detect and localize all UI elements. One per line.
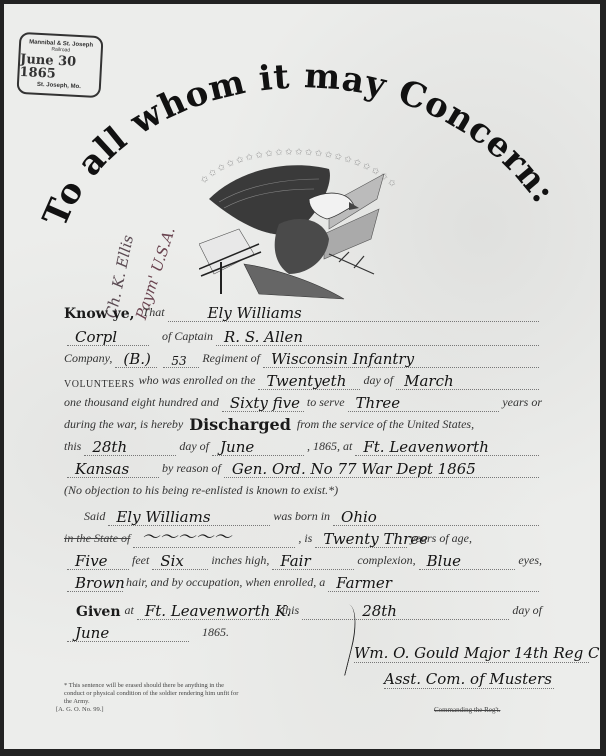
given-at-label: at xyxy=(125,603,134,620)
to-serve-label: to serve xyxy=(307,395,345,412)
volunteers-label: VOLUNTEERS xyxy=(64,379,135,390)
given-month-field: June xyxy=(67,626,189,642)
eagle-engraving-icon: ✩ ✩ ✩ ✩ ✩ ✩ ✩ ✩ ✩ ✩ ✩ ✩ ✩ ✩ ✩ ✩ ✩ ✩ ✩ ✩ … xyxy=(199,144,399,304)
complexion-field: Fair xyxy=(272,554,354,570)
no-objection-text: (No objection to his being re-enlisted i… xyxy=(64,483,338,500)
reason-field: Gen. Ord. No 77 War Dept 1865 xyxy=(224,462,539,478)
said-name-field: Ely Williams xyxy=(108,510,270,526)
complexion-label: complexion, xyxy=(357,553,415,570)
given-day-of-label: day of xyxy=(512,603,542,620)
discharge-day-of-label: day of xyxy=(179,439,209,456)
footnote: * This sentence will be erased should th… xyxy=(64,682,244,706)
discharge-state-field: Kansas xyxy=(67,462,159,478)
is-label: , is xyxy=(298,531,312,548)
soldier-name-field: Ely Williams xyxy=(168,306,539,322)
eyes-field: Blue xyxy=(419,554,516,570)
line-born: Said Ely Williams was born in Ohio xyxy=(64,504,542,526)
discharge-place-field: Ft. Leavenworth xyxy=(355,440,539,456)
given-day-field: 28th xyxy=(302,604,509,620)
regiment-field: Wisconsin Infantry xyxy=(263,352,539,368)
enrolled-day-field: Twentyeth xyxy=(258,374,360,390)
given-year-label: 1865. xyxy=(202,625,229,642)
year-label: one thousand eight hundred and xyxy=(64,395,219,412)
this-label: this xyxy=(64,439,81,456)
discharge-month-field: June xyxy=(212,440,304,456)
given-this-label: this xyxy=(282,603,299,620)
years-of-age-label: years of age, xyxy=(410,531,472,548)
inches-high-label: inches high, xyxy=(211,553,269,570)
state-field-struck: 〜〜〜〜〜 xyxy=(133,529,295,548)
enrolled-month-field: March xyxy=(396,374,539,390)
height-feet-field: Five xyxy=(67,554,129,570)
line-age: in the State of 〜〜〜〜〜 , is Twenty Three … xyxy=(64,526,542,548)
line-know-ye: Know ye, That Ely Williams xyxy=(64,300,542,322)
company-field: (B.) xyxy=(115,352,157,368)
age-field: Twenty Three xyxy=(315,532,407,548)
line-given: Given at Ft. Leavenworth K. this 28th da… xyxy=(64,598,542,620)
line-enrolled: VOLUNTEERS who was enrolled on the Twent… xyxy=(64,368,542,390)
from-service-label: from the service of the United States, xyxy=(297,417,474,434)
rank-field: Corpl xyxy=(67,330,149,346)
discharged-label: Discharged xyxy=(189,415,291,434)
discharge-year-label: , 1865 xyxy=(307,439,337,456)
eyes-label: eyes, xyxy=(518,553,542,570)
in-the-state-label: in the State of xyxy=(64,531,130,548)
hair-field: Brown xyxy=(67,576,123,592)
enrolled-year-field: Sixty five xyxy=(222,396,304,412)
line-given-month: June 1865. xyxy=(64,620,304,642)
officer-title: Asst. Com. of Musters xyxy=(384,670,554,689)
line-enrolled-year: one thousand eight hundred and Sixty fiv… xyxy=(64,390,542,412)
born-in-label: was born in xyxy=(273,509,330,526)
line-occupation: Brown hair, and by occupation, when enro… xyxy=(64,570,542,592)
line-reason: Kansas by reason of Gen. Ord. No 77 War … xyxy=(64,456,542,478)
day-of-label: day of xyxy=(363,373,393,390)
discharge-certificate: Mannibal & St. Joseph Railroad June 30 1… xyxy=(4,4,600,749)
birthplace-field: Ohio xyxy=(333,510,539,526)
line-rank-captain: Corpl of Captain R. S. Allen xyxy=(64,324,542,346)
line-discharged: during the war, is hereby Discharged fro… xyxy=(64,412,542,434)
regiment-number-field: 53 xyxy=(163,355,199,368)
by-reason-label: by reason of xyxy=(162,461,221,478)
given-label: Given xyxy=(76,604,121,620)
discharge-day-field: 28th xyxy=(84,440,176,456)
officer-signature: Wm. O. Gould Major 14th Reg Cav xyxy=(354,644,589,663)
term-field: Three xyxy=(348,396,500,412)
know-ye-label: Know ye, xyxy=(64,306,135,322)
feet-label: feet xyxy=(132,553,149,570)
given-place-field: Ft. Leavenworth K. xyxy=(137,604,279,620)
said-label: Said xyxy=(84,509,105,526)
hair-occupation-label: hair, and by occupation, when enrolled, … xyxy=(126,575,325,592)
regiment-of-label: Regiment of xyxy=(202,351,260,368)
enrolled-label: who was enrolled on the xyxy=(139,373,256,390)
line-company-regiment: Company, (B.) 53 Regiment of Wisconsin I… xyxy=(64,346,542,368)
line-discharge-date: this 28th day of June , 1865 , at Ft. Le… xyxy=(64,434,542,456)
years-or-label: years or xyxy=(502,395,542,412)
commanding-label-struck: Commanding the Reg't. xyxy=(434,706,500,714)
at-label: , at xyxy=(337,439,352,456)
form-number: [A. G. O. No. 99.] xyxy=(56,706,103,713)
captain-field: R. S. Allen xyxy=(216,330,539,346)
of-captain-label: of Captain xyxy=(162,329,213,346)
line-no-objection: (No objection to his being re-enlisted i… xyxy=(64,478,542,500)
occupation-field: Farmer xyxy=(328,576,539,592)
line-physical: Five feet Six inches high, Fair complexi… xyxy=(64,548,542,570)
during-war-label: during the war, is hereby xyxy=(64,417,183,434)
company-label: Company, xyxy=(64,351,112,368)
that-label: That xyxy=(143,305,165,322)
height-inches-field: Six xyxy=(152,554,208,570)
